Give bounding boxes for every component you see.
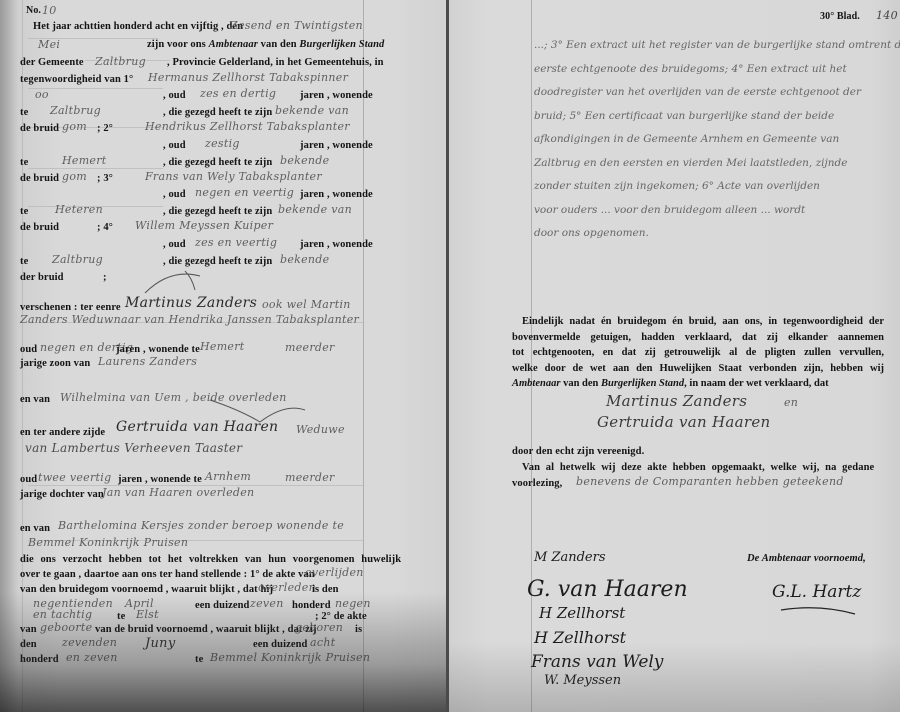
die-gezegd-label: , die gezegd heeft te zijn	[163, 157, 272, 168]
gemeente-label: der Gemeente	[20, 57, 84, 68]
witness-2-age: zestig	[205, 137, 240, 150]
jaren-wonende-label: jaren , wonende	[300, 189, 373, 200]
der-bruid-label: der bruid	[20, 272, 64, 283]
request-line-8-hand-b: Bemmel Koninkrijk Pruisen	[210, 651, 370, 664]
oud-label: , oud	[163, 140, 186, 151]
request-line-7-hand-b: Juny	[145, 636, 176, 651]
signature-groom: M Zanders	[534, 550, 606, 565]
jaren-wonende-label: jaren , wonende	[300, 90, 373, 101]
groom-name: Martinus Zanders	[125, 295, 257, 311]
final-paragraph: Eindelijk nadat én bruidegom én bruid, a…	[512, 314, 884, 392]
semicolon-4: ; 4°	[97, 222, 113, 233]
request-line-4-hand-c: zeven	[250, 597, 284, 610]
groom-en-van-label: en van	[20, 394, 50, 405]
witness-4-age: zes en veertig	[195, 236, 277, 249]
oud-label: , oud	[163, 90, 186, 101]
closing-line-2: Van al hetwelk wij deze akte hebben opge…	[522, 462, 874, 473]
signature-witness-2: H Zellhorst	[534, 628, 626, 647]
witness-2-relation: bekende	[280, 154, 329, 167]
bride-mother-1: Barthelomina Kersjes zonder beroep wonen…	[58, 519, 344, 532]
request-line-8-a: honderd	[20, 654, 59, 665]
request-line-8-b: te	[195, 654, 203, 665]
witness-3-age: negen en veertig	[195, 186, 294, 199]
te-label: te	[20, 256, 28, 267]
intro-month-hand: Mei	[38, 38, 60, 51]
semicolon: ;	[103, 272, 107, 283]
bride-jaren-wonende: jaren , wonende te	[118, 474, 202, 485]
jaren-wonende-label: jaren , wonende	[300, 239, 373, 250]
request-line-4-b: honderd	[292, 600, 331, 611]
request-line-4-hand-d: negen	[335, 597, 371, 610]
groom-father: Laurens Zanders	[98, 355, 197, 368]
oud-label: , oud	[163, 189, 186, 200]
witness-2-residence: Hemert	[62, 154, 107, 167]
witness-3-residence: Heteren	[55, 203, 103, 216]
verschenen-label: verschenen : ter eenre	[20, 302, 121, 313]
witness-1-name: Hermanus Zellhorst Tabakspinner	[148, 71, 348, 84]
te-label: te	[20, 206, 28, 217]
right-page: 30° Blad. 140 ...; 3° Een extract uit he…	[449, 0, 900, 712]
die-gezegd-label: , die gezegd heeft te zijn	[163, 206, 272, 217]
request-line-6-b: van de bruid voornoemd , waaruit blijkt …	[95, 624, 317, 635]
request-line-7-hand-c: acht	[310, 636, 335, 649]
gemeente-hand: Zaltbrug	[95, 55, 146, 68]
request-line-7-a: den	[20, 639, 37, 650]
te-label: te	[20, 157, 28, 168]
bride-en-van-label: en van	[20, 523, 50, 534]
request-line-6-hand-a: geboorte	[40, 621, 92, 634]
die-gezegd-label: , die gezegd heeft te zijn	[163, 256, 272, 267]
intro-line-1: Het jaar achttien honderd acht en vijfti…	[33, 21, 243, 32]
groom-oud-label: oud	[20, 344, 37, 355]
tegenwoordigheid-label: tegenwoordigheid van 1°	[20, 74, 133, 85]
request-line-2: over te gaan , daartoe aan ons ter hand …	[20, 569, 315, 580]
bride-father: Jan van Haaren overleden	[102, 486, 254, 499]
witness-1-bruidegom-suffix: gom	[62, 120, 87, 133]
witness-2-bruidegom-suffix: gom	[62, 170, 87, 183]
continuation-hand: ...; 3° Een extract uit het register van…	[534, 34, 900, 246]
bride-oud-label: oud	[20, 474, 37, 485]
request-line-5-hand-b: Elst	[136, 608, 159, 621]
bride-desc-1: Weduwe	[296, 423, 345, 436]
de-bruid-label: de bruid	[20, 123, 59, 134]
de-bruid-label: de bruid	[20, 222, 59, 233]
intro-line-2: zijn voor ons Ambtenaar van den Burgerli…	[147, 39, 384, 50]
groom-residence: Hemert	[200, 340, 245, 353]
closing-line-1: door den echt zijn vereenigd.	[512, 446, 644, 457]
witness-3-relation: bekende van	[278, 203, 352, 216]
bride-mother-2: Bemmel Koninkrijk Pruisen	[28, 536, 188, 549]
witness-1-age: zes en dertig	[200, 87, 276, 100]
couple-groom: Martinus Zanders	[606, 392, 747, 410]
bride-name: Gertruida van Haaren	[116, 419, 278, 435]
request-line-3-hand: overleden	[258, 581, 316, 594]
groom-desc-2: Zanders Weduwnaar van Hendrika Janssen T…	[20, 313, 359, 326]
signature-bride: G. van Haaren	[527, 577, 688, 602]
semicolon-3: ; 3°	[97, 173, 113, 184]
bride-meerder: meerder	[285, 471, 335, 484]
register-spread: No. 10 Het jaar achttien honderd acht en…	[0, 0, 900, 712]
witness-4-name: Willem Meyssen Kuiper	[135, 219, 273, 232]
request-line-3-end: is den	[312, 584, 339, 595]
signature-witness-1: H Zellhorst	[539, 604, 625, 622]
request-line-7-b: een duizend	[253, 639, 307, 650]
request-line-7-hand-a: zevenden	[62, 636, 117, 649]
witness-2-name: Hendrikus Zellhorst Tabaksplanter	[145, 120, 350, 133]
record-number: 10	[42, 4, 57, 17]
couple-connector: en	[784, 396, 798, 409]
witness-1-relation: bekende van	[275, 104, 349, 117]
request-line-1: die ons verzocht hebben tot het voltrekk…	[20, 554, 401, 565]
ter-andere-label: en ter andere zijde	[20, 427, 105, 438]
left-page: No. 10 Het jaar achttien honderd acht en…	[0, 0, 446, 712]
intro-date-hand: Zesend en Twintigsten	[230, 19, 363, 32]
semicolon-2: ; 2°	[97, 123, 113, 134]
bride-desc-2: van Lambertus Verheeven Taaster	[25, 441, 242, 455]
request-line-6-end: is	[355, 624, 362, 635]
official-label: De Ambtenaar voornoemd,	[747, 553, 866, 564]
pen-flourish	[140, 268, 210, 298]
signature-witness-4: W. Meyssen	[544, 673, 621, 688]
witness-4-relation: bekende	[280, 253, 329, 266]
oud-label: , oud	[163, 239, 186, 250]
bride-residence: Arnhem	[205, 470, 251, 483]
jarige-dochter-label: jarige dochter van	[20, 489, 104, 500]
request-line-5-hand-a: en tachtig	[33, 608, 92, 621]
witness-1-preage: oo	[35, 88, 49, 101]
request-line-8-hand-a: en zeven	[66, 651, 118, 664]
signature-official: G.L. Hartz	[772, 582, 861, 602]
de-bruid-label: de bruid	[20, 173, 59, 184]
request-line-3: van den bruidegom voornoemd , waaruit bl…	[20, 584, 273, 595]
die-gezegd-label: , die gezegd heeft te zijn	[163, 107, 272, 118]
signature-witness-3: Frans van Wely	[531, 652, 663, 672]
record-number-label: No.	[26, 5, 41, 16]
request-line-4: een duizend	[195, 600, 249, 611]
jaren-wonende-label: jaren , wonende	[300, 140, 373, 151]
witness-3-name: Frans van Wely Tabaksplanter	[145, 170, 322, 183]
signature-underline	[779, 602, 859, 622]
provincie-text: , Provincie Gelderland, in het Gemeenteh…	[167, 57, 384, 68]
groom-desc-1: ook wel Martin	[262, 298, 351, 311]
closing-line-3: voorlezing,	[512, 478, 562, 489]
request-line-5: te	[117, 611, 125, 622]
groom-meerder: meerder	[285, 341, 335, 354]
request-line-6-a: van	[20, 624, 37, 635]
folio-label: 30° Blad.	[820, 11, 860, 22]
bride-age: twee veertig	[38, 471, 111, 484]
groom-jaren-wonende: jaren , wonende te	[116, 344, 200, 355]
folio-number: 140	[876, 9, 898, 22]
witness-1-residence: Zaltbrug	[50, 104, 101, 117]
closing-line-3-hand: benevens de Comparanten hebben geteekend	[576, 475, 844, 488]
witness-4-residence: Zaltbrug	[52, 253, 103, 266]
ruled-line	[28, 168, 163, 169]
request-line-6-hand-b: geboren	[295, 621, 343, 634]
te-label: te	[20, 107, 28, 118]
request-line-2-hand: overlijden	[305, 566, 364, 579]
jarige-zoon-label: jarige zoon van	[20, 358, 90, 369]
couple-bride: Gertruida van Haaren	[597, 413, 771, 431]
